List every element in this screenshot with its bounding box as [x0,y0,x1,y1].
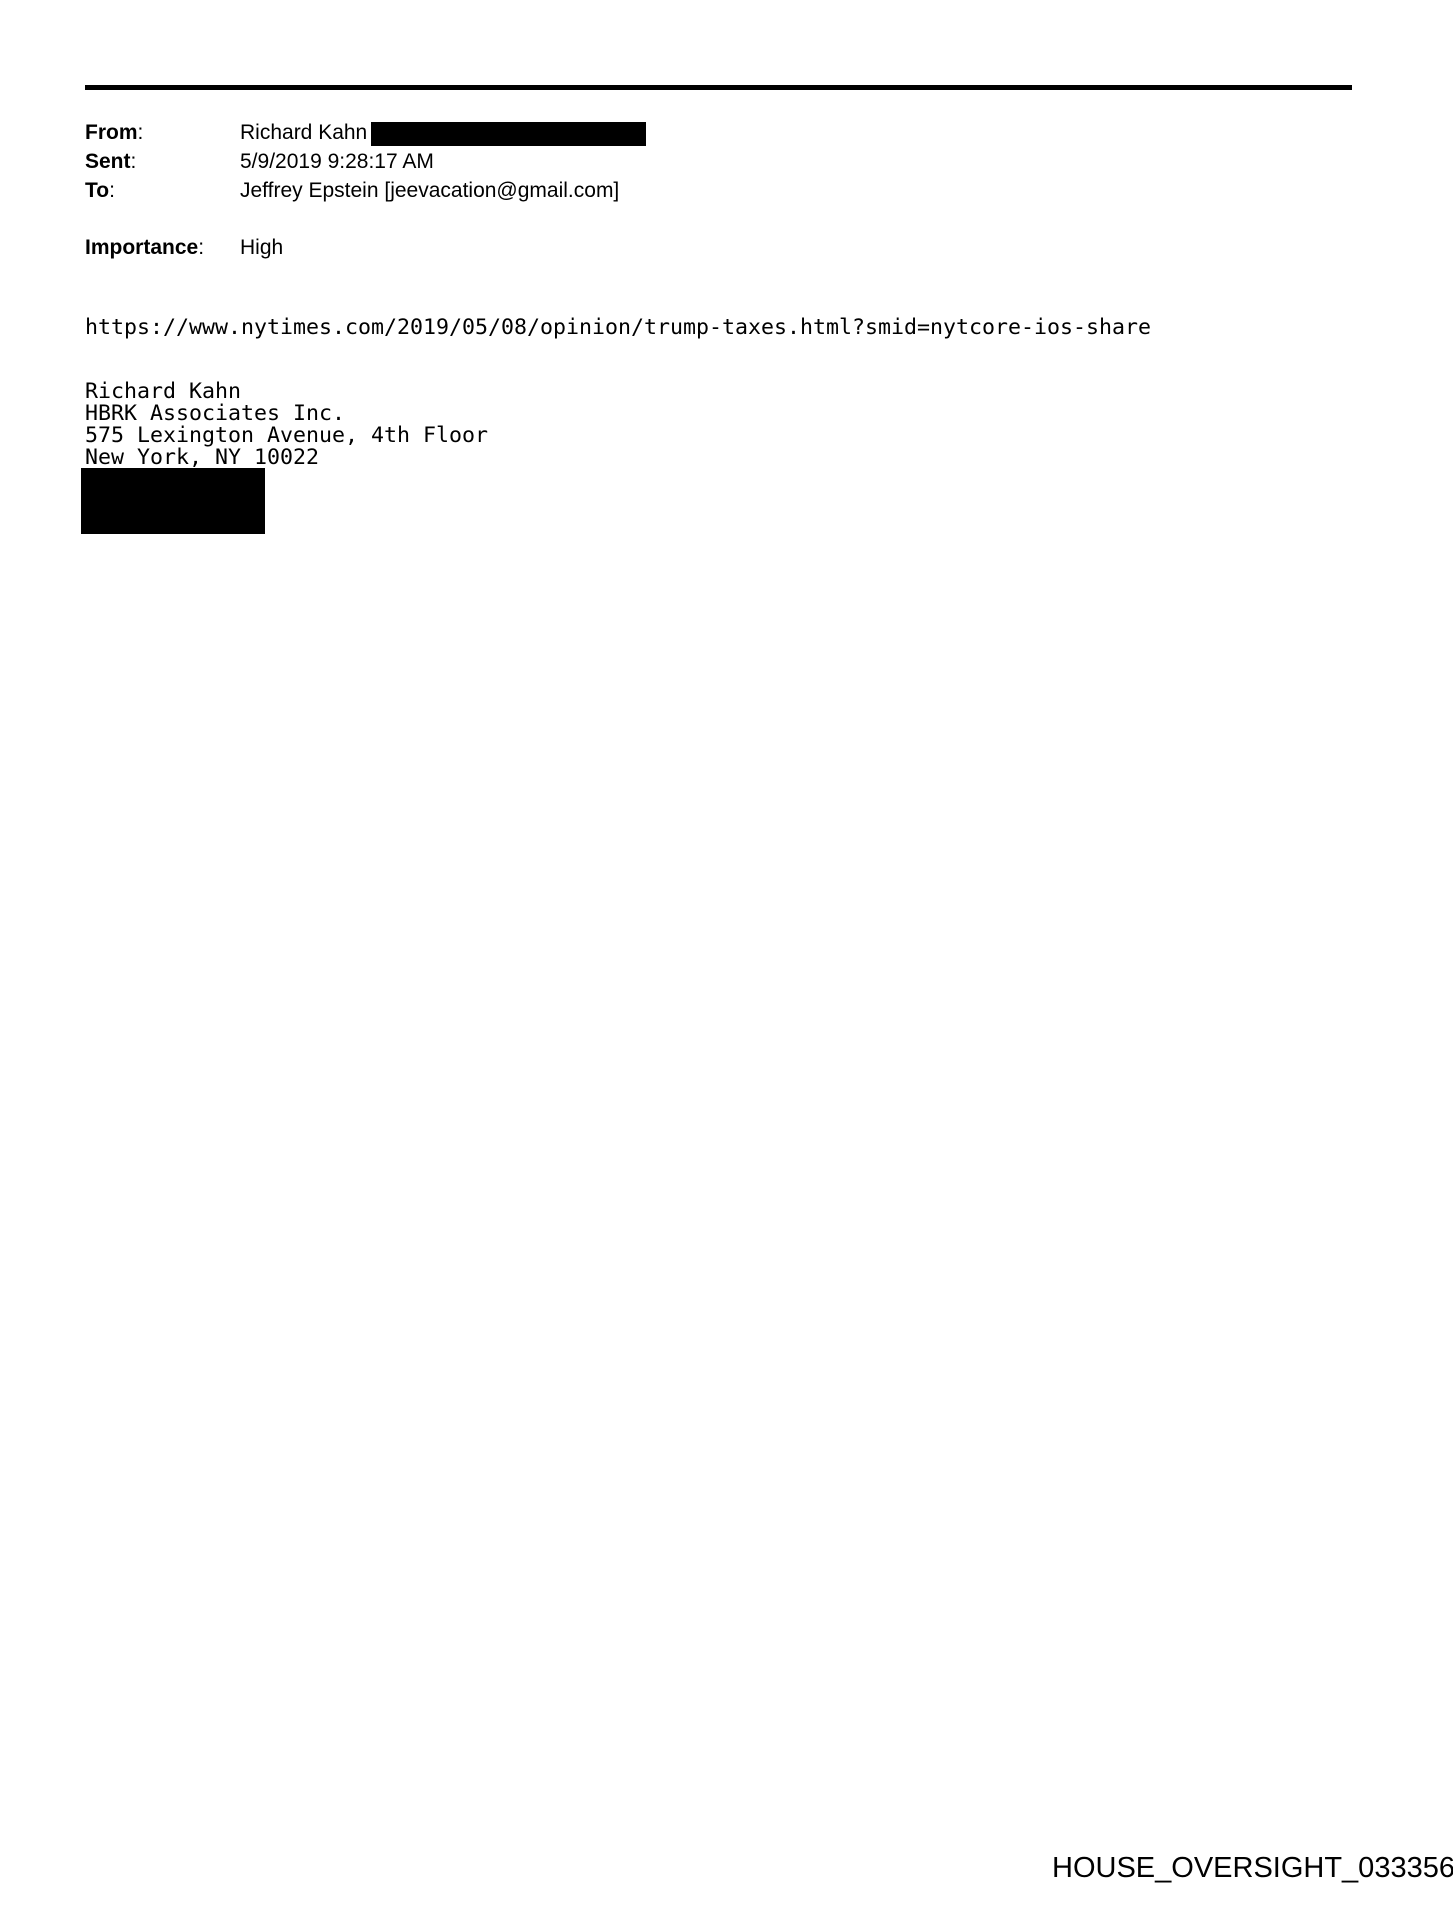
sent-label: Sent: [85,148,136,176]
bates-number: HOUSE_OVERSIGHT_033356 [1052,1852,1453,1885]
redaction-sender-email [371,122,646,146]
article-link[interactable]: https://www.nytimes.com/2019/05/08/opini… [85,317,1151,339]
signature-name: Richard Kahn [85,381,241,403]
sent-value: 5/9/2019 9:28:17 AM [240,148,434,176]
to-label: To: [85,177,115,205]
signature-company: HBRK Associates Inc. [85,403,345,425]
redaction-signature-phone [81,468,265,534]
importance-value: High [240,234,283,262]
signature-address: 575 Lexington Avenue, 4th Floor [85,425,488,447]
header-rule [85,85,1352,90]
importance-label: Importance: [85,234,204,262]
from-value: Richard Kahn [240,119,367,147]
signature-city: New York, NY 10022 [85,447,319,469]
from-label: From: [85,119,143,147]
to-value: Jeffrey Epstein [jeevacation@gmail.com] [240,177,619,205]
